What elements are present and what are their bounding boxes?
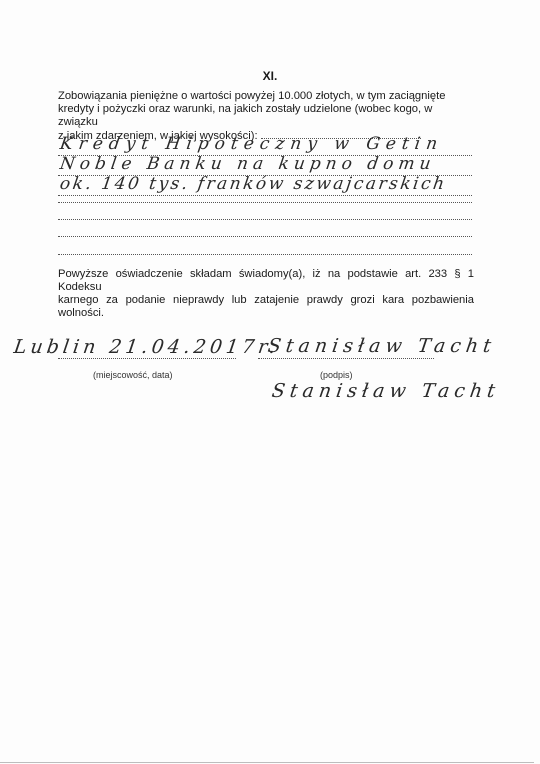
second-signature-handwritten: Stanisław Tacht	[270, 380, 501, 402]
declaration-line-3: wolności.	[58, 307, 474, 320]
declaration-line-2: karnego za podanie nieprawdy lub zatajen…	[58, 294, 474, 307]
handwritten-answer-1: Kredyt Hipoteczny w Getin	[59, 134, 445, 154]
declaration-line-1: Powyższe oświadczenie składam świadomy(a…	[58, 268, 474, 294]
handwritten-answer-3: ok. 140 tys. franków szwajcarskich	[59, 174, 448, 194]
prompt-line-2: kredyty i pożyczki oraz warunki, na jaki…	[58, 103, 474, 129]
signature-label: (podpis)	[320, 370, 353, 380]
place-date-label: (miejscowość, data)	[93, 370, 173, 380]
place-date-handwritten: Lublin 21.04.2017r.	[12, 336, 280, 358]
signature-handwritten: Stanisław Tacht	[266, 335, 497, 357]
prompt-line-1: Zobowiązania pieniężne o wartości powyże…	[58, 90, 474, 103]
page-border	[0, 762, 534, 763]
empty-line-3	[58, 236, 472, 237]
signature-line	[258, 358, 434, 359]
place-date-line	[58, 358, 236, 359]
section-heading: XI.	[0, 69, 540, 83]
empty-line-4	[58, 254, 472, 255]
declaration-text: Powyższe oświadczenie składam świadomy(a…	[58, 268, 474, 320]
handwritten-answer-2: Noble Banku na kupno domu	[59, 154, 437, 174]
empty-line-1	[58, 202, 472, 203]
empty-line-2	[58, 219, 472, 220]
answer-line-3	[58, 195, 472, 196]
